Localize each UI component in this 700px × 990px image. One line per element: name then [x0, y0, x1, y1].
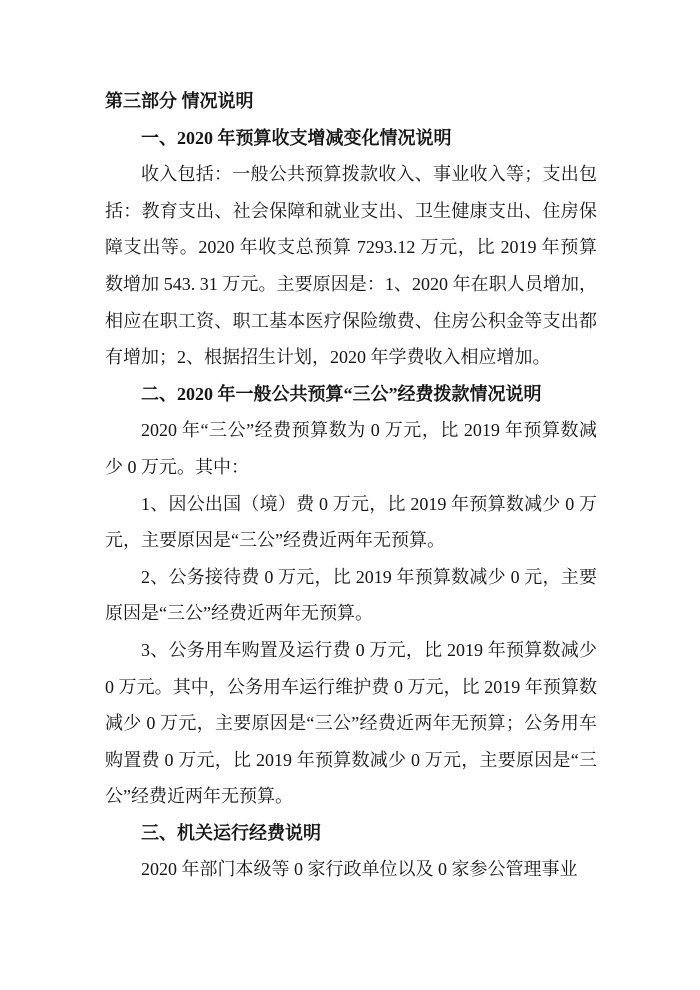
paragraph-operating-funds: 2020 年部门本级等 0 家行政单位以及 0 家参公管理事业: [105, 851, 597, 888]
section-heading-2: 二、2020 年一般公共预算“三公”经费拨款情况说明: [105, 376, 597, 413]
paragraph-income-expense-overview: 收入包括：一般公共预算拨款收入、事业收入等；支出包括：教育支出、社会保障和就业支…: [105, 156, 597, 376]
paragraph-official-reception: 2、公务接待费 0 万元，比 2019 年预算数减少 0 元，主要原因是“三公”…: [105, 559, 597, 632]
part-heading: 第三部分 情况说明: [105, 83, 597, 120]
paragraph-official-vehicles: 3、公务用车购置及运行费 0 万元，比 2019 年预算数减少 0 万元。其中，…: [105, 632, 597, 815]
document-page: 第三部分 情况说明 一、2020 年预算收支增减变化情况说明 收入包括：一般公共…: [0, 0, 700, 990]
paragraph-sangong-total: 2020 年“三公”经费预算数为 0 万元，比 2019 年预算数减少 0 万元…: [105, 412, 597, 485]
section-heading-1: 一、2020 年预算收支增减变化情况说明: [105, 120, 597, 157]
section-heading-3: 三、机关运行经费说明: [105, 815, 597, 852]
paragraph-overseas-travel: 1、因公出国（境）费 0 万元，比 2019 年预算数减少 0 万元，主要原因是…: [105, 486, 597, 559]
document-body: 第三部分 情况说明 一、2020 年预算收支增减变化情况说明 收入包括：一般公共…: [105, 83, 597, 888]
